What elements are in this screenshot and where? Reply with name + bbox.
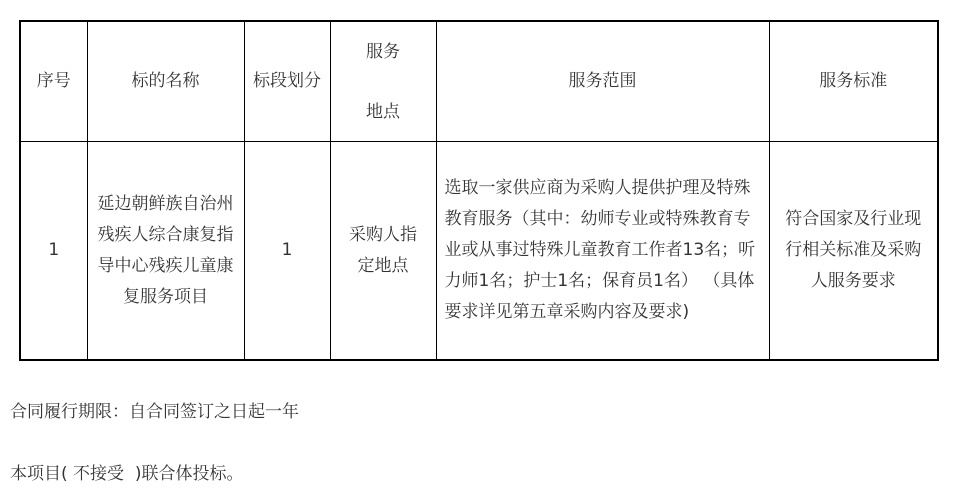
header-lot: 标段划分	[244, 21, 330, 142]
cell-location: 采购人指定地点	[330, 142, 436, 361]
header-index: 序号	[20, 21, 87, 142]
header-location-line2: 地点	[337, 97, 430, 127]
cell-scope: 选取一家供应商为采购人提供护理及特殊教育服务（其中：幼师专业或特殊教育专业或从事…	[436, 142, 769, 361]
contract-period-text: 合同履行期限：自合同签订之日起一年	[10, 397, 299, 422]
cell-name: 延边朝鲜族自治州残疾人综合康复指导中心残疾儿童康复服务项目	[87, 142, 244, 361]
header-scope: 服务范围	[436, 21, 769, 142]
header-location-line1: 服务	[337, 37, 430, 67]
cell-index: 1	[20, 142, 87, 361]
header-name: 标的名称	[87, 21, 244, 142]
table-header-row: 序号 标的名称 标段划分 服务 地点 服务范围 服务标准	[20, 21, 938, 142]
consortium-text: 本项目( 不接受 )联合体投标。	[10, 459, 243, 484]
cell-lot: 1	[244, 142, 330, 361]
cell-standard: 符合国家及行业现行相关标准及采购人服务要求	[769, 142, 938, 361]
header-location: 服务 地点	[330, 21, 436, 142]
header-standard: 服务标准	[769, 21, 938, 142]
procurement-table: 序号 标的名称 标段划分 服务 地点 服务范围 服务标准 1 延边朝鲜族自治州残…	[19, 20, 939, 361]
table-row: 1 延边朝鲜族自治州残疾人综合康复指导中心残疾儿童康复服务项目 1 采购人指定地…	[20, 142, 938, 361]
